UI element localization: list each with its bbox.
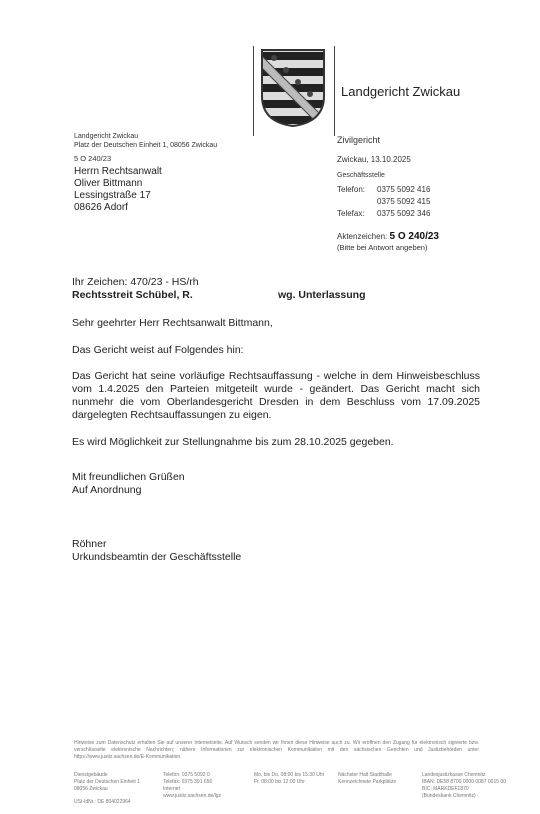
phone-2: 0375 5092 415 — [377, 197, 430, 206]
phone-row: Telefon:0375 5092 416 — [337, 185, 430, 194]
office: Geschäftsstelle — [337, 172, 385, 179]
sender-line-1: Landgericht Zwickau — [74, 132, 217, 141]
signer-name: Röhner — [72, 538, 106, 551]
divider — [253, 46, 254, 136]
vat-id: USt-IdNr.: DE 804022964 — [74, 799, 140, 806]
department: Zivilgericht — [337, 135, 380, 145]
court-name: Landgericht Zwickau — [341, 84, 460, 99]
signer-title: Urkundsbeamtin der Geschäftsstelle — [72, 551, 241, 564]
footer-col-5: Landesjustizkasse Chemnitz IBAN: DE58 87… — [422, 772, 506, 800]
website-link[interactable]: www.justiz.sachsen.de/lgz — [163, 793, 221, 800]
fax: 0375 5092 346 — [377, 209, 430, 218]
az-label: Aktenzeichen: — [337, 232, 387, 241]
salutation: Sehr geehrter Herr Rechtsanwalt Bittmann… — [72, 317, 273, 330]
closing-2: Auf Anordnung — [72, 484, 141, 497]
place-date: Zwickau, 13.10.2025 — [337, 155, 411, 164]
closing-1: Mit freundlichen Grüßen — [72, 471, 185, 484]
footer-col-1: Dienstgebäude Platz der Deutschen Einhei… — [74, 772, 140, 806]
recipient-address: Herrn Rechtsanwalt Oliver Bittmann Lessi… — [74, 166, 162, 214]
recipient-line-4: 08626 Adorf — [74, 202, 162, 214]
phone-row-2: 0375 5092 415 — [337, 197, 430, 206]
recipient-line-1: Herrn Rechtsanwalt — [74, 166, 162, 178]
fax-row: Telefax:0375 5092 346 — [337, 209, 430, 218]
paragraph-2: Es wird Möglichkeit zur Stellungnahme bi… — [72, 436, 394, 449]
phone-1: 0375 5092 416 — [377, 185, 430, 194]
sender-line-2: Platz der Deutschen Einheit 1, 08056 Zwi… — [74, 141, 217, 150]
file-reference-small: 5 O 240/23 — [74, 154, 111, 163]
az-value: 5 O 240/23 — [390, 231, 439, 242]
phone-label: Telefon: — [337, 185, 377, 194]
intro: Das Gericht weist auf Folgendes hin: — [72, 344, 244, 357]
recipient-line-3: Lessingstraße 17 — [74, 190, 162, 202]
fax-label: Telefax: — [337, 209, 377, 218]
recipient-line-2: Oliver Bittmann — [74, 178, 162, 190]
sender-address: Landgericht Zwickau Platz der Deutschen … — [74, 132, 217, 150]
footer-col-3: Mo. bis Do. 08:00 bis 15:30 Uhr Fr. 08:0… — [254, 772, 324, 786]
coat-of-arms-icon — [260, 48, 326, 128]
footer-col-2: Telefon: 0375 5092 0 Telefax: 0375 391 6… — [163, 772, 221, 800]
az-note: (Bitte bei Antwort angeben) — [337, 243, 427, 252]
paragraph-1: Das Gericht hat seine vorläufige Rechtsa… — [72, 370, 480, 422]
footer-col-4: Nächster Halt Stadthalle Kennzeichnete P… — [338, 772, 396, 786]
case-title: Rechtsstreit Schübel, R. — [72, 289, 193, 302]
divider — [334, 46, 335, 136]
privacy-note: Hinweise zum Datenschutz erhalten Sie au… — [74, 740, 479, 761]
case-subject: wg. Unterlassung — [278, 289, 366, 302]
az-row: Aktenzeichen: 5 O 240/23 — [337, 231, 439, 242]
your-reference: Ihr Zeichen: 470/23 - HS/rh — [72, 276, 199, 289]
